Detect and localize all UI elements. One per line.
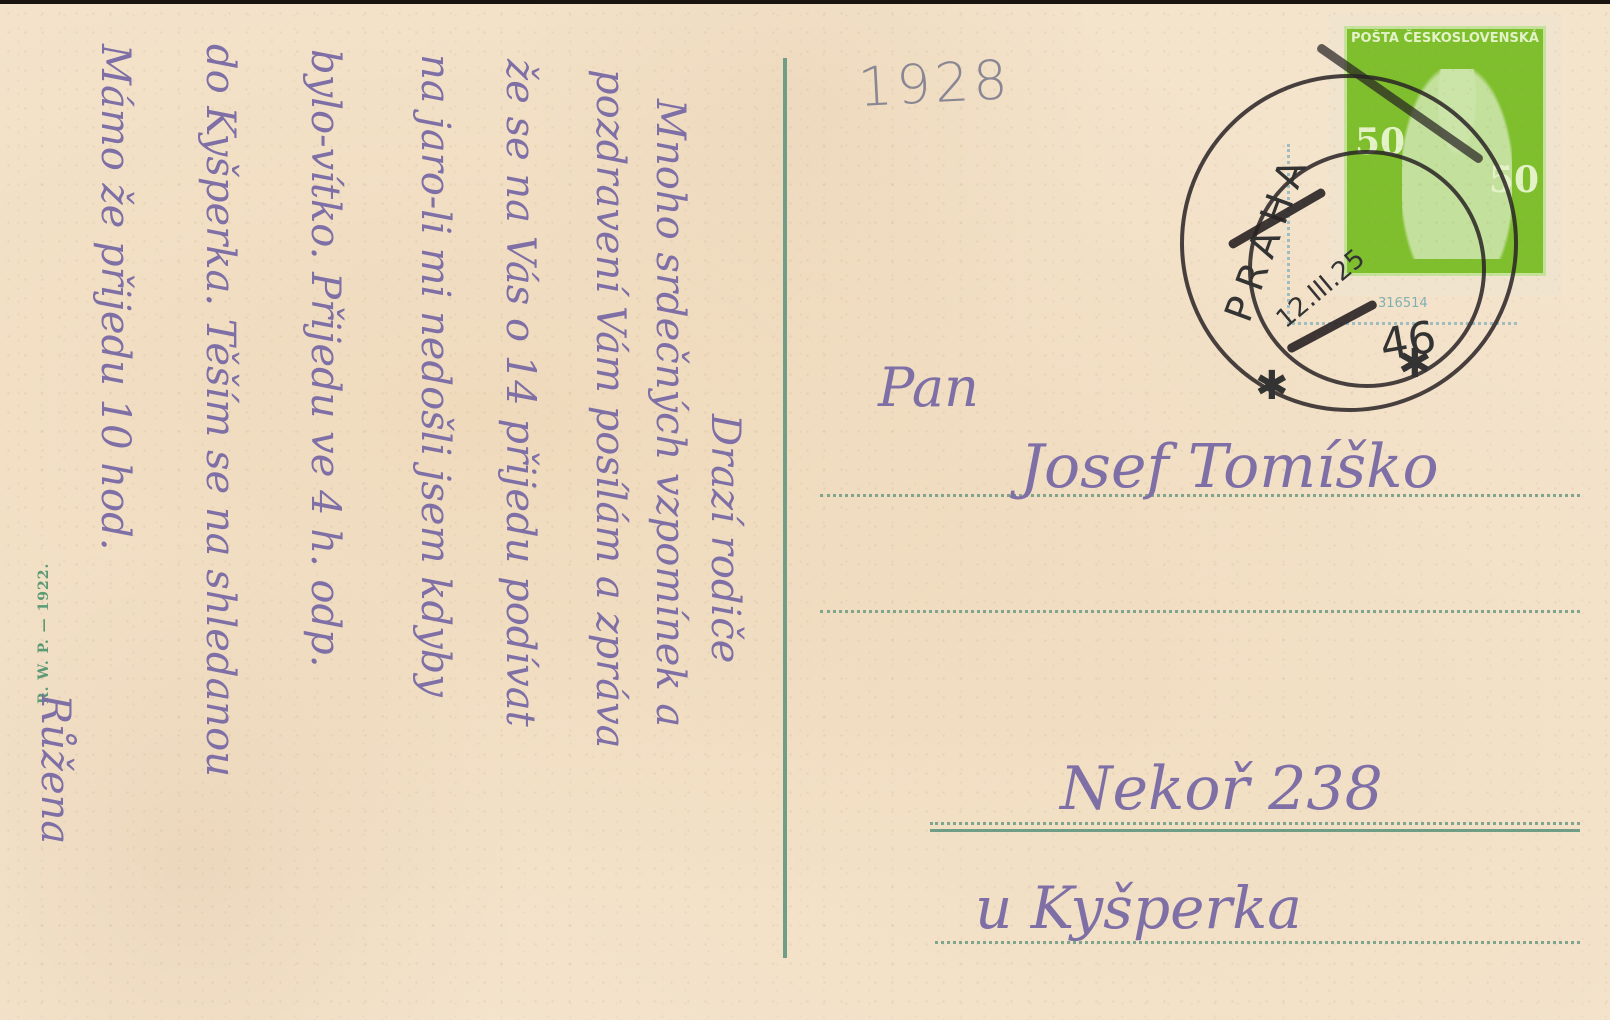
address-line-3-underline [930,829,1580,832]
salutation: Pan [878,356,979,419]
street-address: Nekoř 238 [1060,754,1383,824]
message-heading: Drazí rodiče [705,414,745,663]
signature: Růžena [35,694,75,844]
address-line-2 [820,610,1580,613]
publisher-imprint: R. W. P. — 1922. [36,563,52,704]
postcard-back: R. W. P. — 1922. 1928 Drazí rodiče Mnoho… [0,4,1610,1020]
message-line: Mámo že přijedu 10 hod. [95,44,135,550]
town: u Kyšperka [975,874,1302,942]
message-line: Mnoho srdečných vzpomínek a [650,99,690,727]
pencil-note: 1928 [856,48,1013,119]
stamp-country: POŠTA ČESKOSLOVENSKÁ [1347,31,1543,46]
center-divider [783,58,787,958]
message-line: že se na Vás o 14 přijedu podívat [500,59,540,727]
recipient-name: Josef Tomíško [1020,432,1439,502]
message-line: do Kyšperka. Těším se na shledanou [200,44,240,777]
asterisk-icon: ✱ [1255,366,1289,406]
message-line: pozdravení Vám posílám a zpráva [590,69,630,749]
message-line: na jaro-li mi nedošli jsem kdyby [415,54,455,697]
asterisk-icon: ✱ [1398,344,1432,384]
message-line: bylo-vítko. Přijedu ve 4 h. odp. [305,49,345,667]
